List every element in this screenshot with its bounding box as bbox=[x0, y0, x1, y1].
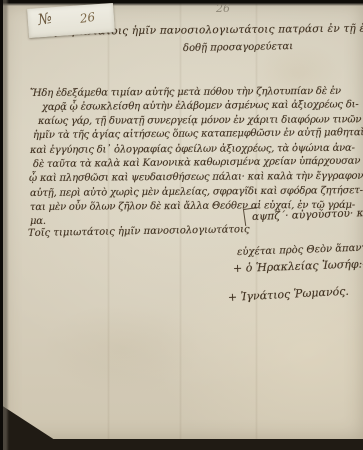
paper-stain bbox=[43, 303, 203, 393]
body-line: καίως γάρ, τῇ δυνατῇ συνεργείᾳ μόνον ἐν … bbox=[38, 114, 361, 127]
address-line-2: δοθῇ προσαγορεύεται bbox=[183, 41, 293, 54]
archival-number-sign: № bbox=[36, 9, 54, 29]
body-line: καὶ ἐγγύησις δι᾽ ὁλογραφίας ὀφείλων ἀξιο… bbox=[30, 143, 355, 156]
archival-number-digits: 26 bbox=[79, 10, 96, 26]
manuscript-scan: № 26 26 Τοῖς τιμιωτάτοις ἡμῖν πανοσιολογ… bbox=[0, 0, 363, 450]
fold-line bbox=[179, 3, 182, 439]
paragraph-end: μα. bbox=[30, 216, 46, 227]
faint-page-number: 26 bbox=[216, 2, 230, 15]
body-line: Ἤδη ἐδεξάμεθα τιμίαν αὐτῆς μετὰ πόθου τὴ… bbox=[30, 86, 341, 99]
archival-sticker: № 26 bbox=[27, 3, 115, 38]
body-line: ᾧ καὶ πλησθῶσι καὶ ψευδαισθήσεως πάλαι· … bbox=[29, 171, 363, 184]
fold-line bbox=[107, 3, 110, 439]
